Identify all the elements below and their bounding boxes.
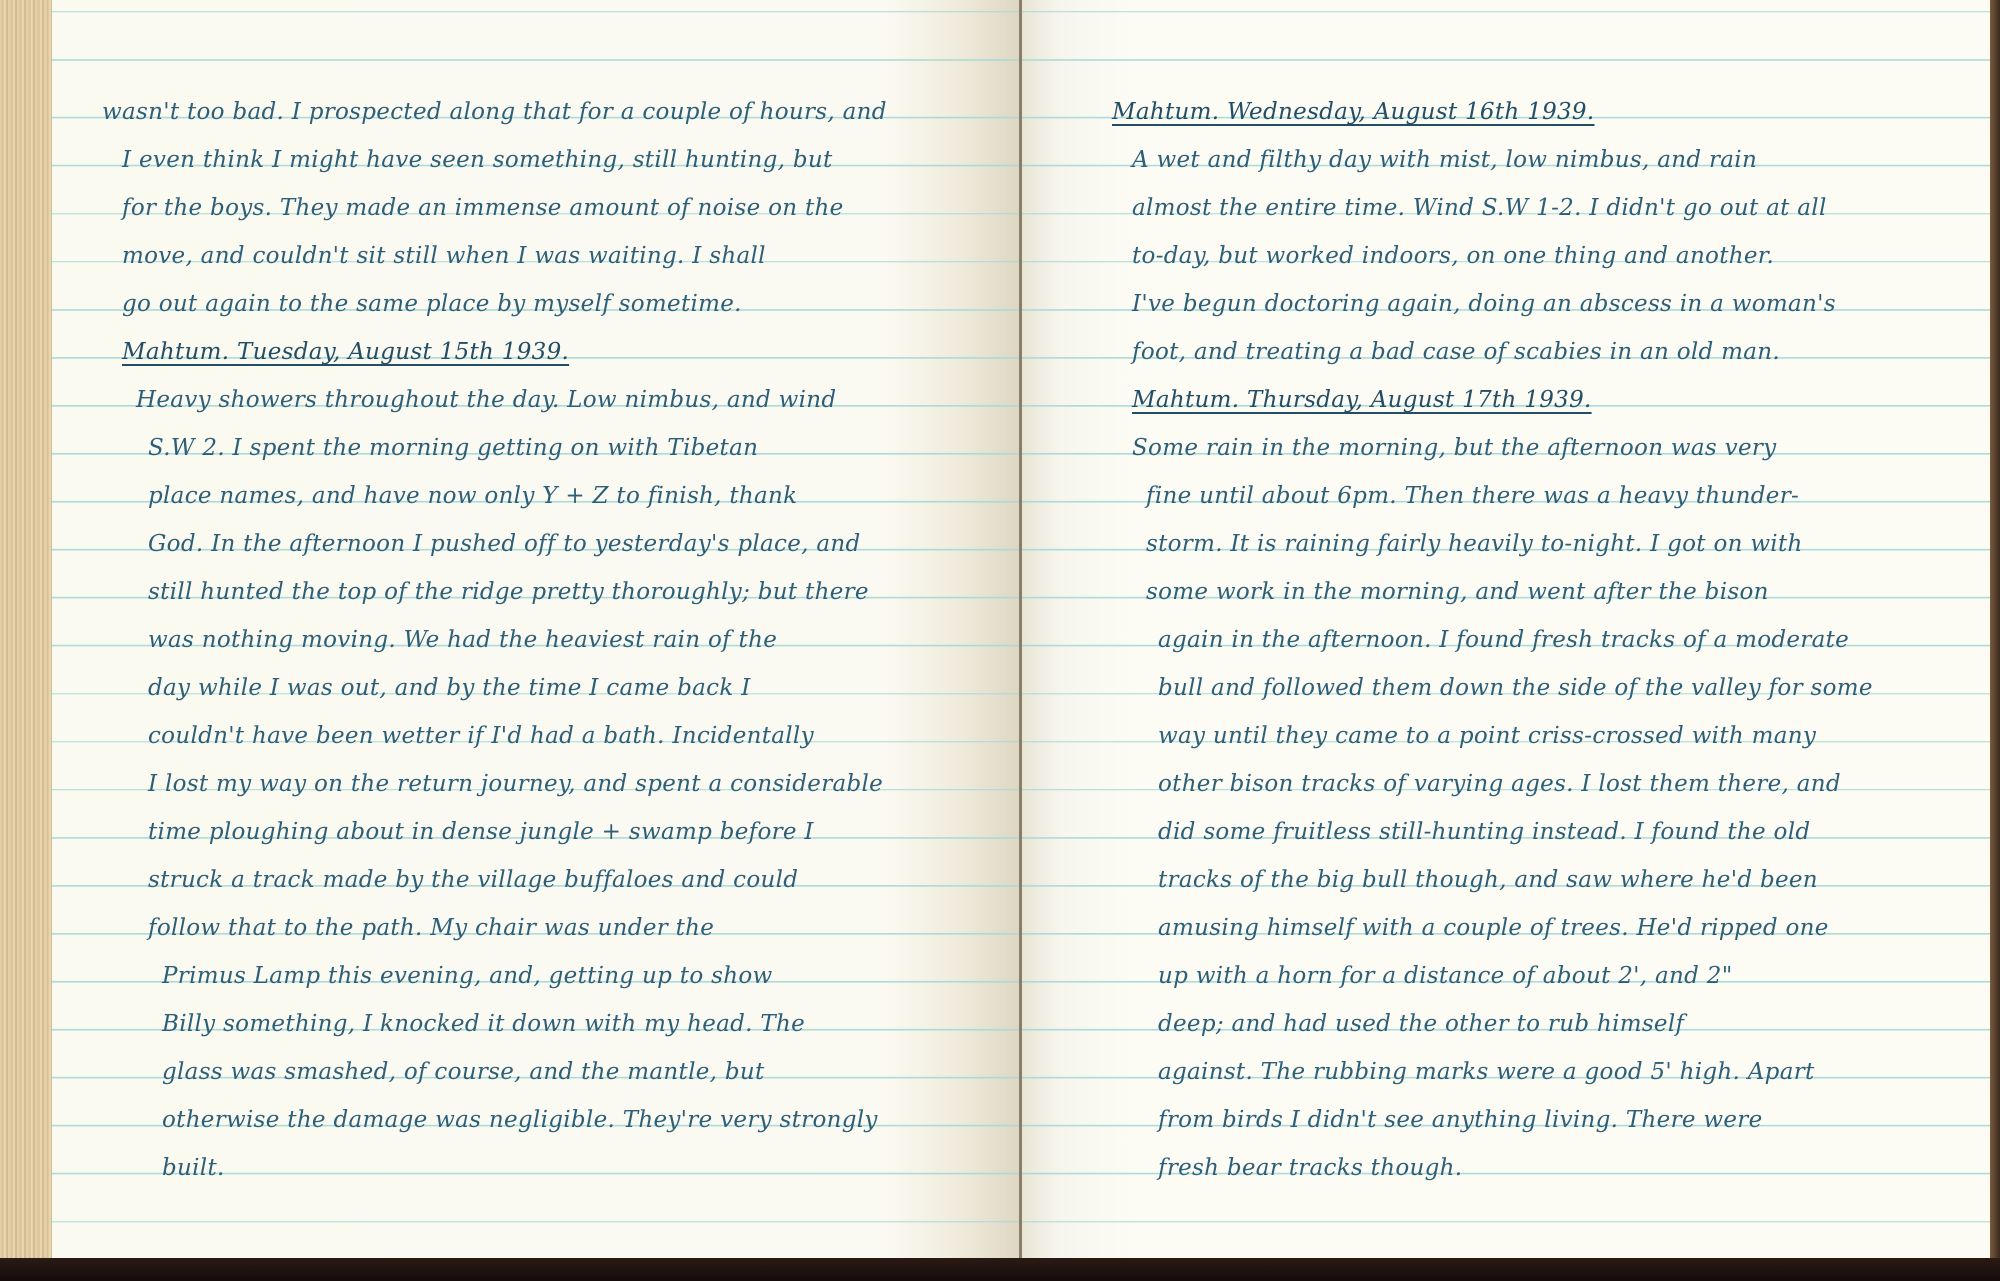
- text-line: to-day, but worked indoors, on one thing…: [1112, 232, 1990, 280]
- text-line: time ploughing about in dense jungle + s…: [102, 808, 1020, 856]
- text-line: bull and followed them down the side of …: [1112, 664, 1990, 712]
- text-line: Some rain in the morning, but the aftern…: [1112, 424, 1990, 472]
- text-line: Billy something, I knocked it down with …: [102, 1000, 1020, 1048]
- text-line: deep; and had used the other to rub hims…: [1112, 1000, 1990, 1048]
- right-page: Mahtum. Wednesday, August 16th 1939. A w…: [1022, 0, 1990, 1258]
- text-line: I've begun doctoring again, doing an abs…: [1112, 280, 1990, 328]
- text-line: Primus Lamp this evening, and, getting u…: [102, 952, 1020, 1000]
- text-line: other bison tracks of varying ages. I lo…: [1112, 760, 1990, 808]
- book-cover-edge: [1990, 0, 2000, 1258]
- entry-heading: Mahtum. Thursday, August 17th 1939.: [1112, 376, 1990, 424]
- text-line: struck a track made by the village buffa…: [102, 856, 1020, 904]
- text-line: almost the entire time. Wind S.W 1-2. I …: [1112, 184, 1990, 232]
- text-line: day while I was out, and by the time I c…: [102, 664, 1020, 712]
- text-line: I lost my way on the return journey, and…: [102, 760, 1020, 808]
- text-line: glass was smashed, of course, and the ma…: [102, 1048, 1020, 1096]
- text-line: Heavy showers throughout the day. Low ni…: [102, 376, 1020, 424]
- text-line: move, and couldn't sit still when I was …: [102, 232, 1020, 280]
- text-line: couldn't have been wetter if I'd had a b…: [102, 712, 1020, 760]
- text-line: God. In the afternoon I pushed off to ye…: [102, 520, 1020, 568]
- text-line: wasn't too bad. I prospected along that …: [102, 88, 1020, 136]
- text-line: from birds I didn't see anything living.…: [1112, 1096, 1990, 1144]
- text-line: was nothing moving. We had the heaviest …: [102, 616, 1020, 664]
- text-line: S.W 2. I spent the morning getting on wi…: [102, 424, 1020, 472]
- text-line: amusing himself with a couple of trees. …: [1112, 904, 1990, 952]
- text-line: I even think I might have seen something…: [102, 136, 1020, 184]
- text-line: way until they came to a point criss-cro…: [1112, 712, 1990, 760]
- text-line: foot, and treating a bad case of scabies…: [1112, 328, 1990, 376]
- page-edges: [0, 0, 53, 1258]
- right-page-text: Mahtum. Wednesday, August 16th 1939. A w…: [1022, 88, 1990, 1192]
- text-line: up with a horn for a distance of about 2…: [1112, 952, 1990, 1000]
- left-page-text: wasn't too bad. I prospected along that …: [52, 88, 1020, 1192]
- diary-spread: wasn't too bad. I prospected along that …: [0, 0, 2000, 1258]
- text-line: go out again to the same place by myself…: [102, 280, 1020, 328]
- entry-heading: Mahtum. Wednesday, August 16th 1939.: [1112, 88, 1990, 136]
- text-line: some work in the morning, and went after…: [1112, 568, 1990, 616]
- text-line: for the boys. They made an immense amoun…: [102, 184, 1020, 232]
- background-surface: [0, 1258, 2000, 1281]
- text-line: fine until about 6pm. Then there was a h…: [1112, 472, 1990, 520]
- text-line: place names, and have now only Y + Z to …: [102, 472, 1020, 520]
- text-line: against. The rubbing marks were a good 5…: [1112, 1048, 1990, 1096]
- text-line: storm. It is raining fairly heavily to-n…: [1112, 520, 1990, 568]
- text-line: otherwise the damage was negligible. The…: [102, 1096, 1020, 1144]
- text-line: built.: [102, 1144, 1020, 1192]
- text-line: A wet and filthy day with mist, low nimb…: [1112, 136, 1990, 184]
- text-line: still hunted the top of the ridge pretty…: [102, 568, 1020, 616]
- text-line: again in the afternoon. I found fresh tr…: [1112, 616, 1990, 664]
- text-line: fresh bear tracks though.: [1112, 1144, 1990, 1192]
- text-line: tracks of the big bull though, and saw w…: [1112, 856, 1990, 904]
- left-page: wasn't too bad. I prospected along that …: [52, 0, 1020, 1258]
- text-line: did some fruitless still-hunting instead…: [1112, 808, 1990, 856]
- text-line: follow that to the path. My chair was un…: [102, 904, 1020, 952]
- entry-heading: Mahtum. Tuesday, August 15th 1939.: [102, 328, 1020, 376]
